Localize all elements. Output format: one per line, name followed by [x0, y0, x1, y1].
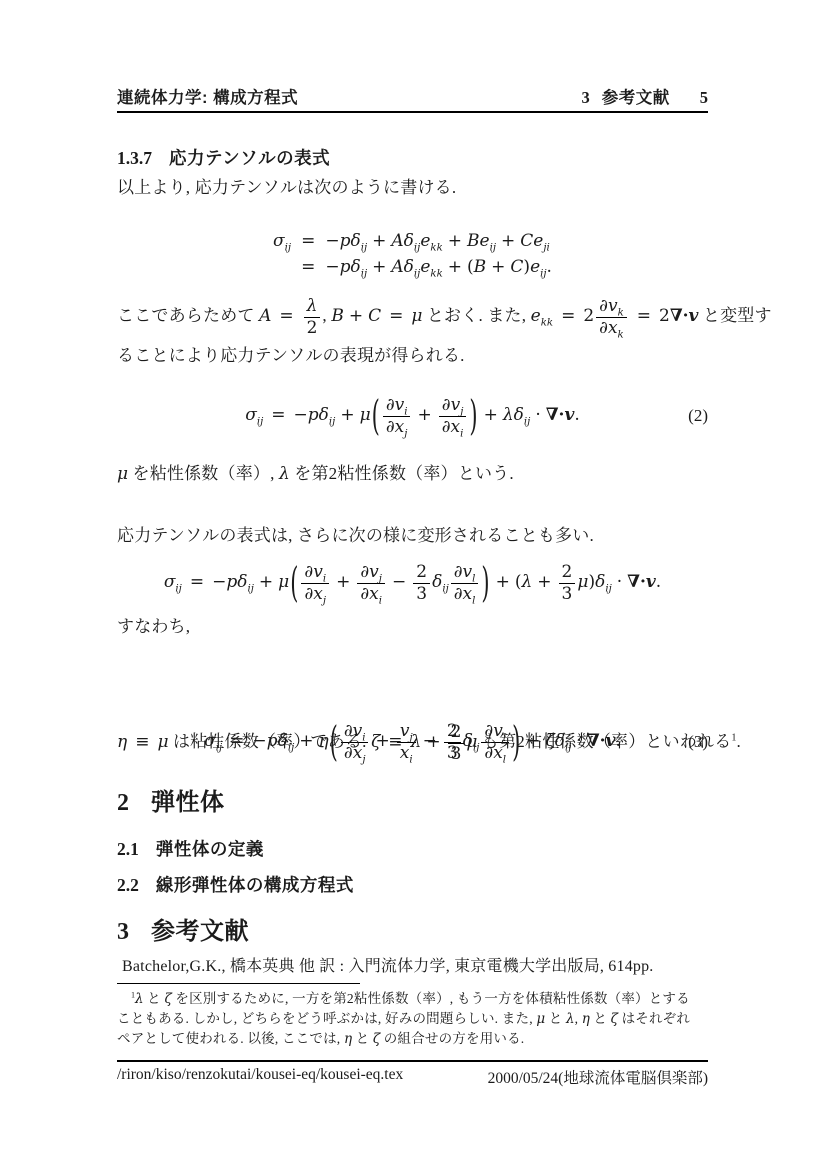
equation-2: σij=−pδij+μ(∂vi∂xj+∂vj∂xi)+λδij·∇·v. (2)	[117, 389, 708, 443]
header-section-title: 参考文献	[602, 84, 670, 108]
heading-title: 線形弾性体の構成方程式	[156, 872, 354, 897]
heading-title: 弾性体	[151, 782, 225, 817]
heading-3: 3 参考文献	[117, 911, 708, 946]
footer-date-credit: 2000/05/24(地球流体電脳倶楽部)	[488, 1066, 708, 1088]
footer-rule	[117, 1060, 708, 1062]
header-page-number: 5	[700, 88, 708, 108]
heading-1-3-7: 1.3.7 応力テンソルの表式	[117, 145, 708, 170]
reference-entry: Batchelor,G.K., 橋本英典 他 訳 : 入門流体力学, 東京電機大…	[117, 955, 713, 978]
equation-middle: σij=−pδij+μ(∂vi∂xj+∂vj∂xi−23δij∂vl∂xl)+(…	[117, 556, 708, 610]
header-rule	[117, 111, 708, 113]
eq1-lhs: σij	[273, 231, 291, 251]
paragraph-define-line1: ここであらためて A=λ2, B+C=μ とおく. また, ekk=2∂vk∂x…	[117, 296, 708, 338]
paragraph-viscosity: μ を粘性係数（率）, λ を第2粘性係数（率）という.	[117, 459, 708, 484]
paragraph-sunawachi: すなわち,	[117, 615, 708, 640]
heading-number: 3	[117, 919, 129, 946]
footnote: 1λ と ζ を区別するために, 一方を第2粘性係数（率）, もう一方を体積粘性…	[117, 989, 708, 1049]
footnote-line-3: ペアとして使われる. 以後, ここでは, η と ζ の組合せの方を用いる.	[117, 1029, 708, 1049]
footnote-line-2: こともある. しかし, どちらをどう呼ぶかは, 好みの問題らしい. また, μ …	[117, 1009, 708, 1029]
paragraph-eta-zeta: η≡μ は粘性係数（率）である. ζ≡λ+23μ も第2粘性係数（率）といわれる…	[117, 722, 708, 764]
heading-2-2: 2.2 線形弾性体の構成方程式	[117, 872, 708, 897]
page-header: 連続体力学: 構成方程式 3 参考文献 5	[117, 84, 708, 108]
heading-title: 参考文献	[151, 911, 249, 946]
heading-number: 2.1	[117, 839, 139, 860]
header-right-group: 3 参考文献 5	[582, 84, 709, 108]
equation-2-number: (2)	[688, 406, 708, 426]
eq1-rhs-2: −pδij+Aδijekk+(B+C)eij.	[325, 257, 552, 277]
footnote-line-1: 1λ と ζ を区別するために, 一方を第2粘性係数（率）, もう一方を体積粘性…	[117, 989, 708, 1009]
header-section-number: 3	[582, 88, 590, 108]
eq1-rel-1: =	[291, 231, 325, 251]
heading-number: 2.2	[117, 875, 139, 896]
heading-2-1: 2.1 弾性体の定義	[117, 836, 708, 861]
paragraph-intro: 以上より, 応力テンソルは次のように書ける.	[117, 176, 708, 201]
footer-file-path: /riron/kiso/renzokutai/kousei-eq/kousei-…	[117, 1066, 403, 1088]
paragraph-transform: 応力テンソルの表式は, さらに次の様に変形されることも多い.	[117, 524, 708, 549]
footnote-rule	[117, 983, 360, 984]
heading-title: 応力テンソルの表式	[169, 145, 330, 170]
paragraph-define-line2: ることにより応力テンソルの表現が得られる.	[117, 341, 708, 366]
heading-2: 2 弾性体	[117, 782, 708, 817]
header-doc-title: 連続体力学: 構成方程式	[117, 84, 298, 108]
heading-number: 1.3.7	[117, 148, 152, 169]
eq1-rhs-1: −pδij+Aδijekk+Beij+Ceji	[325, 231, 552, 251]
eq1-rel-2: =	[291, 257, 325, 277]
page-footer: /riron/kiso/renzokutai/kousei-eq/kousei-…	[117, 1066, 708, 1088]
heading-title: 弾性体の定義	[156, 836, 264, 861]
equation-stress-align: σij = −pδij+Aδijekk+Beij+Ceji = −pδij+Aδ…	[117, 231, 708, 277]
heading-number: 2	[117, 790, 129, 817]
equation-2-body: σij=−pδij+μ(∂vi∂xj+∂vj∂xi)+λδij·∇·v.	[245, 395, 580, 437]
document-page: 連続体力学: 構成方程式 3 参考文献 5 1.3.7 応力テンソルの表式 以上…	[0, 0, 826, 1169]
equation-middle-body: σij=−pδij+μ(∂vi∂xj+∂vj∂xi−23δij∂vl∂xl)+(…	[164, 562, 661, 604]
